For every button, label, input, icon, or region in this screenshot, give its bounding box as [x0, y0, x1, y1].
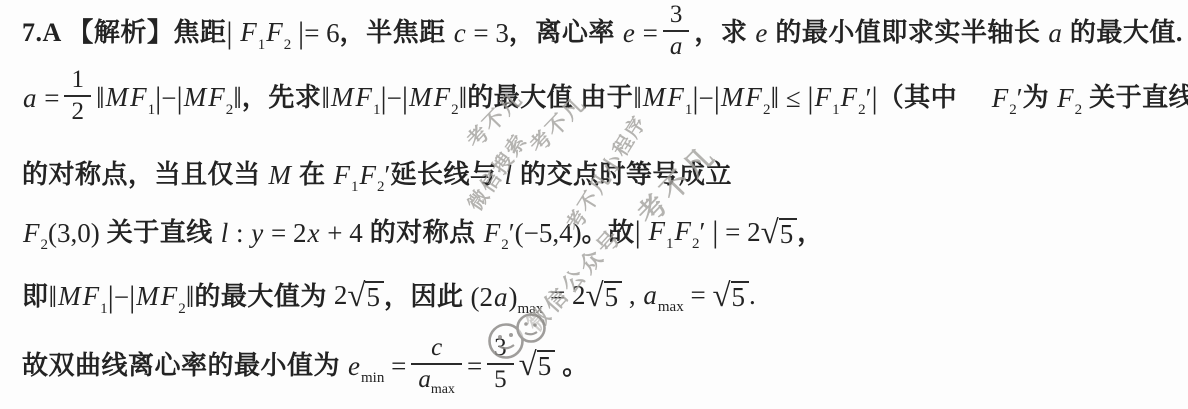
math-segment: emin = [347, 353, 406, 380]
fraction: 12 [64, 66, 91, 126]
math-segment: ‖MF1|−|MF2‖ [49, 282, 195, 313]
solution-line-2: a =12‖MF1|−|MF2‖，先求‖MF1|−|MF2‖的最大值 由于‖MF… [22, 66, 1188, 130]
math-segment: ‖MF1|−|MF2‖ [96, 83, 242, 114]
solution-line-5: 即‖MF1|−|MF2‖的最大值为 2√5，因此 (2a)max = 2√5 ,… [22, 268, 756, 326]
text-segment: 的最大值. [1063, 20, 1183, 46]
math-segment: c = 3 [453, 20, 509, 47]
math-segment: e [754, 20, 768, 47]
text-segment: 故双曲线离心率的最小值为 [22, 353, 347, 379]
math-segment: | F1F2′ | = 2√5 [635, 217, 798, 250]
text-segment: 为 [1023, 85, 1057, 111]
text-segment: 即 [22, 284, 49, 310]
solution-line-1: 7.A 【解析】焦距| F1F2 |= 6，半焦距 c = 3，离心率 e =3… [22, 4, 1183, 62]
math-segment: = [467, 353, 482, 380]
math-segment: √5 [519, 351, 556, 382]
math-segment: 2√5 [334, 282, 384, 313]
math-segment: F2′ [991, 85, 1023, 112]
text-segment: ，离心率 [509, 20, 622, 46]
text-segment: 。故 [582, 220, 635, 246]
fraction: 35 [487, 334, 514, 394]
text-segment: （其中 [878, 85, 991, 111]
math-segment: ‖MF1|−|MF2‖ [321, 83, 467, 114]
text-segment: 的交点时等号成立 [513, 162, 732, 188]
math-segment: M [268, 162, 293, 189]
text-segment: 的对称点，当且仅当 [22, 162, 268, 188]
math-segment: ‖MF1|−|MF2‖ ≤ |F1F2′| [633, 83, 877, 114]
math-segment: l : y = 2x + 4 [220, 220, 363, 247]
solution-line-3: 的对称点，当且仅当 M 在 F1F2′延长线与 l 的交点时等号成立 [22, 152, 732, 198]
text-segment: ， [797, 220, 824, 246]
solution-line-6: 故双曲线离心率的最小值为 emin =camax=35√5 。 [22, 330, 589, 402]
text-segment: 延长线与 [390, 162, 503, 188]
math-segment: (2a)max [470, 284, 543, 311]
fraction: camax [411, 334, 462, 394]
solution-line-4: F2(3,0) 关于直线 l : y = 2x + 4 的对称点 F2′(−5,… [22, 206, 824, 260]
text-segment: 关于直线 [1082, 85, 1188, 111]
math-segment: F2′(−5,4) [483, 220, 582, 247]
math-segment: = 2√5 , amax [543, 282, 683, 313]
math-segment: a = [22, 85, 59, 112]
math-segment: F2 [1056, 85, 1082, 112]
math-segment: l [503, 162, 513, 189]
text-segment: 。 [555, 353, 589, 379]
math-segment: a [1047, 20, 1063, 47]
math-solution-page: 7.A 【解析】焦距| F1F2 |= 6，半焦距 c = 3，离心率 e =3… [0, 0, 1188, 409]
text-segment: 7.A 【解析】焦距 [22, 20, 226, 46]
fraction: 3a [663, 1, 690, 61]
math-segment: = √5. [684, 282, 756, 313]
text-segment: 在 [292, 162, 333, 188]
text-segment: 的最大值 由于 [467, 85, 633, 111]
text-segment: 关于直线 [100, 220, 220, 246]
text-segment: ，半焦距 [340, 20, 453, 46]
text-segment: 的最大值为 [194, 284, 334, 310]
text-segment: 的对称点 [363, 220, 483, 246]
math-segment: F1F2′ [333, 162, 391, 189]
math-segment: | F1F2 |= 6 [226, 18, 339, 49]
text-segment: ，求 [694, 20, 754, 46]
text-segment: ，因此 [384, 284, 471, 310]
math-segment: e = [622, 20, 658, 47]
text-segment: ，先求 [242, 85, 322, 111]
text-segment: 的最小值即求实半轴长 [768, 20, 1047, 46]
math-segment: F2(3,0) [22, 220, 100, 247]
